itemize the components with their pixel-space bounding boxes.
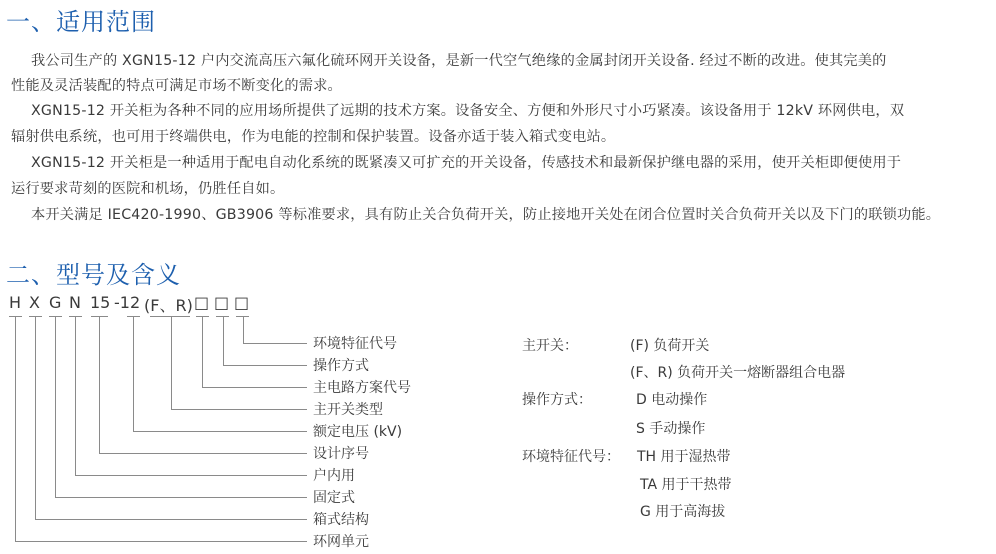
section-title-scope: 一、适用范围 xyxy=(6,2,156,37)
paragraph-line: 本开关满足 IEC420-1990、GB3906 等标准要求，具有防止关合负荷开… xyxy=(31,203,940,228)
code-part-12: -12 xyxy=(114,293,140,312)
code-part-box3: □ xyxy=(234,293,249,312)
connector-vertical xyxy=(15,316,16,541)
legend-value: (F) 负荷开关 xyxy=(630,337,709,355)
label-operation-mode: 操作方式 xyxy=(313,357,369,375)
paragraph-line: XGN15-12 开关柜为各种不同的应用场所提供了远期的技术方案。设备安全、方便… xyxy=(31,99,904,124)
connector-horizontal xyxy=(75,475,307,476)
label-fixed-type: 固定式 xyxy=(313,489,355,507)
paragraph-line: 运行要求苛刻的医院和机场，仍胜任自如。 xyxy=(11,177,284,202)
legend-key-operation: 操作方式： xyxy=(522,391,592,409)
legend-value: (F、R) 负荷开关一熔断器组合电器 xyxy=(630,364,845,382)
code-part-g: G xyxy=(49,293,61,312)
connector-vertical xyxy=(202,316,203,387)
legend-key-main-switch: 主开关： xyxy=(522,337,578,355)
connector-horizontal xyxy=(202,387,307,388)
connector-vertical xyxy=(99,316,100,453)
label-rated-voltage: 额定电压 (kV) xyxy=(313,423,402,441)
code-part-n: N xyxy=(69,293,81,312)
connector-vertical xyxy=(55,316,56,497)
paragraph-line: XGN15-12 开关柜是一种适用于配电自动化系统的既紧凑又可扩充的开关设备，传… xyxy=(31,151,901,176)
code-part-fr: (F、R) xyxy=(144,293,193,316)
connector-horizontal xyxy=(243,343,307,344)
label-design-serial: 设计序号 xyxy=(313,445,369,463)
label-main-switch-type: 主开关类型 xyxy=(313,401,383,419)
label-box-structure: 箱式结构 xyxy=(313,511,369,529)
legend-value: D 电动操作 xyxy=(636,391,707,409)
connector-vertical xyxy=(133,316,134,431)
connector-horizontal xyxy=(223,365,307,366)
connector-horizontal xyxy=(15,541,307,542)
code-part-x: X xyxy=(29,293,40,312)
connector-vertical xyxy=(35,316,36,519)
paragraph-line: 性能及灵活装配的特点可满足市场不断变化的需求。 xyxy=(11,74,342,99)
label-indoor: 户内用 xyxy=(313,467,355,485)
label-main-circuit-scheme: 主电路方案代号 xyxy=(313,379,411,397)
connector-vertical xyxy=(171,316,172,409)
legend-value: G 用于高海拔 xyxy=(640,503,725,521)
label-environment-code: 环境特征代号 xyxy=(313,335,397,353)
code-part-box1: □ xyxy=(194,293,209,312)
connector-vertical xyxy=(223,316,224,365)
section-title-model: 二、型号及含义 xyxy=(6,255,181,290)
code-part-box2: □ xyxy=(214,293,229,312)
legend-key-environment: 环境特征代号： xyxy=(522,448,620,466)
legend-value: TH 用于湿热带 xyxy=(637,448,731,466)
label-ring-main-unit: 环网单元 xyxy=(313,533,369,551)
legend-value: TA 用于干热带 xyxy=(640,476,732,494)
connector-horizontal xyxy=(35,519,307,520)
connector-horizontal xyxy=(99,453,307,454)
connector-horizontal xyxy=(55,497,307,498)
legend-value: S 手动操作 xyxy=(636,420,705,438)
code-part-15: 15 xyxy=(90,293,110,312)
connector-horizontal xyxy=(133,431,307,432)
connector-vertical xyxy=(243,316,244,343)
paragraph-line: 我公司生产的 XGN15-12 户内交流高压六氟化硫环网开关设备，是新一代空气绝… xyxy=(31,49,887,74)
tick xyxy=(150,316,190,317)
connector-vertical xyxy=(75,316,76,475)
paragraph-line: 辐射供电系统，也可用于终端供电，作为电能的控制和保护装置。设备亦适于装入箱式变电… xyxy=(11,125,615,150)
code-part-h: H xyxy=(9,293,21,312)
connector-horizontal xyxy=(171,409,307,410)
